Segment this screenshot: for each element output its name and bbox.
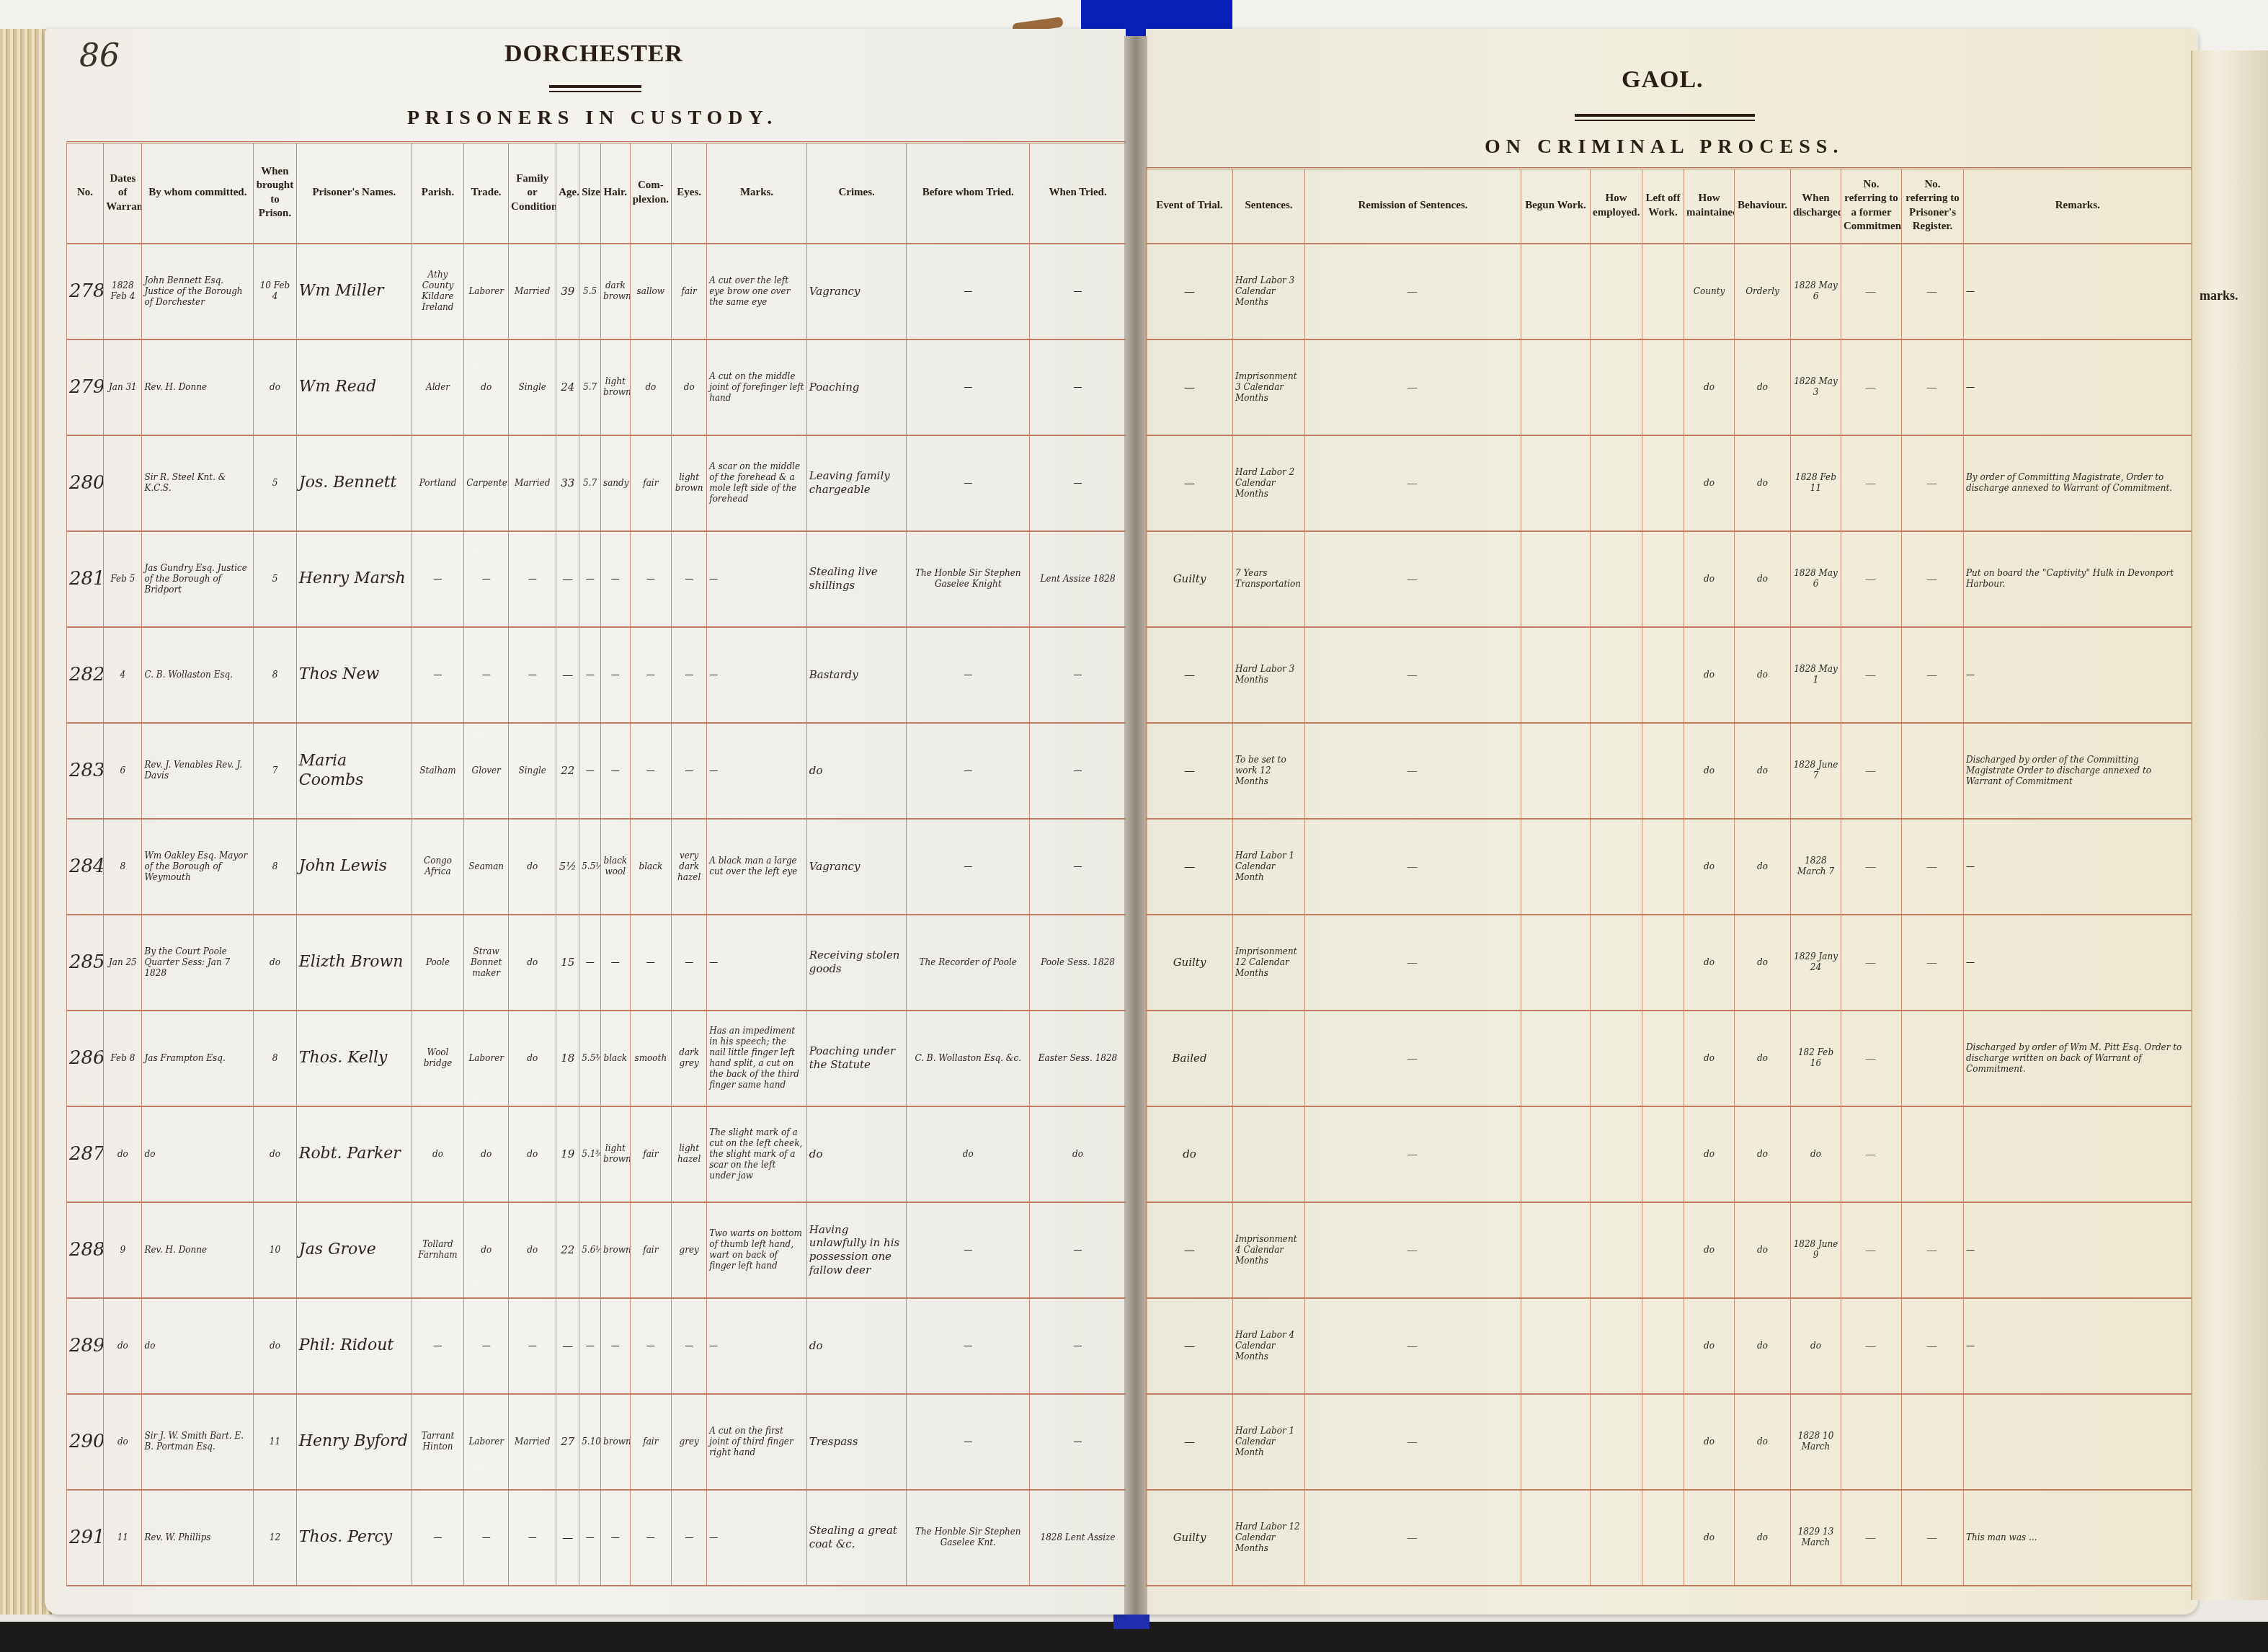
- right-table-row: —Imprisonment 4 Calendar Months—dodo1828…: [1147, 1202, 2192, 1298]
- cell-size: 5.7: [579, 435, 601, 531]
- cell-trade: —: [464, 531, 509, 627]
- cell-condition: —: [509, 627, 556, 723]
- cell-remission: —: [1305, 819, 1521, 915]
- cell-sentence: Hard Labor 1 Calendar Month: [1233, 819, 1305, 915]
- cell-age: —: [556, 1490, 579, 1586]
- cell-tried-by: The Honble Sir Stephen Gaselee Knt.: [907, 1490, 1030, 1586]
- cell-eyes: light brown: [672, 435, 707, 531]
- cell-remission: —: [1305, 339, 1521, 435]
- cell-begun: [1521, 819, 1591, 915]
- cell-when-tried: Lent Assize 1828: [1030, 531, 1126, 627]
- cell-remarks: —: [1964, 339, 2192, 435]
- right-table-row: GuiltyHard Labor 12 Calendar Months—dodo…: [1147, 1490, 2192, 1586]
- cell-name: John Lewis: [296, 819, 412, 915]
- cell-discharged: do: [1791, 1106, 1841, 1202]
- cell-left-off: [1642, 1202, 1684, 1298]
- cell-maintained: do: [1684, 915, 1735, 1011]
- cell-remarks: —: [1964, 244, 2192, 339]
- right-table-row: —Hard Labor 3 Calendar Months—CountyOrde…: [1147, 244, 2192, 339]
- cell-eyes: fair: [672, 244, 707, 339]
- cell-begun: [1521, 1011, 1591, 1106]
- cell-register: —: [1902, 1298, 1964, 1394]
- cell-when-tried: 1828 Lent Assize: [1030, 1490, 1126, 1586]
- cell-register: —: [1902, 244, 1964, 339]
- column-header-before-whom-tried: Before whom Tried.: [907, 143, 1030, 244]
- cell-employed: [1591, 1394, 1642, 1490]
- title-rule-left: [549, 85, 641, 88]
- column-header-when-brought-to-prison: When brought to Prison.: [254, 143, 297, 244]
- cell-marks: Two warts on bottom of thumb left hand, …: [707, 1202, 807, 1298]
- cell-maintained: do: [1684, 1490, 1735, 1586]
- cell-condition: Single: [509, 339, 556, 435]
- cell-name: Jas Grove: [296, 1202, 412, 1298]
- cell-brought: do: [254, 339, 297, 435]
- cell-left-off: [1642, 435, 1684, 531]
- cell-parish: —: [412, 1490, 464, 1586]
- cell-eyes: grey: [672, 1202, 707, 1298]
- column-header-by-whom-committed: By whom committed.: [142, 143, 254, 244]
- cell-begun: [1521, 915, 1591, 1011]
- cell-condition: Married: [509, 244, 556, 339]
- column-header-when-discharged: When discharged.: [1791, 169, 1841, 244]
- cell-hair: —: [601, 1298, 631, 1394]
- cell-tried-by: —: [907, 1298, 1030, 1394]
- cell-size: 5.5: [579, 244, 601, 339]
- cell-eyes: —: [672, 1490, 707, 1586]
- cell-age: 5½: [556, 819, 579, 915]
- cell-no: 287: [67, 1106, 104, 1202]
- cell-begun: [1521, 244, 1591, 339]
- cell-name: Wm Read: [296, 339, 412, 435]
- cell-discharged: 1828 June 9: [1791, 1202, 1841, 1298]
- cell-size: —: [579, 531, 601, 627]
- cell-hair: black wool: [601, 819, 631, 915]
- right-table-row: —Hard Labor 1 Calendar Month—dodo1828 Ma…: [1147, 819, 2192, 915]
- cell-parish: —: [412, 627, 464, 723]
- cell-left-off: [1642, 819, 1684, 915]
- next-page-edge: marks.: [2191, 50, 2268, 1600]
- cell-parish: Athy County Kildare Ireland: [412, 244, 464, 339]
- cell-maintained: do: [1684, 1011, 1735, 1106]
- cell-register: —: [1902, 627, 1964, 723]
- column-header-prisoner-s-names: Prisoner's Names.: [296, 143, 412, 244]
- cell-behaviour: do: [1735, 723, 1791, 819]
- cell-left-off: [1642, 627, 1684, 723]
- cell-event: —: [1147, 1394, 1233, 1490]
- cell-remarks: —: [1964, 915, 2192, 1011]
- cell-event: —: [1147, 1202, 1233, 1298]
- cell-committed: C. B. Wollaston Esq.: [142, 627, 254, 723]
- cell-left-off: [1642, 1011, 1684, 1106]
- cell-committed: John Bennett Esq. Justice of the Borough…: [142, 244, 254, 339]
- cell-sentence: Hard Labor 12 Calendar Months: [1233, 1490, 1305, 1586]
- cell-register: [1902, 1394, 1964, 1490]
- cell-left-off: [1642, 339, 1684, 435]
- cell-discharged: 1828 May 6: [1791, 531, 1841, 627]
- cell-begun: [1521, 339, 1591, 435]
- cell-remission: —: [1305, 1106, 1521, 1202]
- cell-tried-by: The Honble Sir Stephen Gaselee Knight: [907, 531, 1030, 627]
- column-header-no-referring-to-prisoner-s-register: No. referring to Prisoner's Register.: [1902, 169, 1964, 244]
- cell-marks: —: [707, 723, 807, 819]
- cell-maintained: do: [1684, 531, 1735, 627]
- cell-employed: [1591, 1011, 1642, 1106]
- cell-eyes: —: [672, 915, 707, 1011]
- cell-warrant: 4: [104, 627, 142, 723]
- cell-maintained: do: [1684, 1106, 1735, 1202]
- right-table-row: —Hard Labor 1 Calendar Month—dodo1828 10…: [1147, 1394, 2192, 1490]
- cell-when-tried: —: [1030, 723, 1126, 819]
- cell-discharged: do: [1791, 1298, 1841, 1394]
- cell-tried-by: —: [907, 627, 1030, 723]
- cell-complexion: fair: [630, 1394, 672, 1490]
- cell-eyes: —: [672, 531, 707, 627]
- cell-sentence: Hard Labor 2 Calendar Months: [1233, 435, 1305, 531]
- cell-sentence: [1233, 1106, 1305, 1202]
- cell-trade: Straw Bonnet maker: [464, 915, 509, 1011]
- cell-committed: Jas Gundry Esq. Justice of the Borough o…: [142, 531, 254, 627]
- left-table-row: 280Sir R. Steel Knt. & K.C.S.5Jos. Benne…: [67, 435, 1126, 531]
- cell-remission: —: [1305, 531, 1521, 627]
- cell-marks: A black man a large cut over the left ey…: [707, 819, 807, 915]
- cell-parish: Poole: [412, 915, 464, 1011]
- cell-behaviour: do: [1735, 339, 1791, 435]
- cell-parish: —: [412, 531, 464, 627]
- cell-tried-by: —: [907, 1394, 1030, 1490]
- cell-sentence: Hard Labor 3 Months: [1233, 627, 1305, 723]
- page-subtitle-left: PRISONERS IN CUSTODY.: [407, 107, 778, 130]
- cell-trade: do: [464, 339, 509, 435]
- cell-former: —: [1841, 915, 1902, 1011]
- cell-maintained: do: [1684, 1298, 1735, 1394]
- cell-sentence: Hard Labor 1 Calendar Month: [1233, 1394, 1305, 1490]
- cell-brought: 5: [254, 531, 297, 627]
- column-header-sentences: Sentences.: [1233, 169, 1305, 244]
- cell-hair: —: [601, 627, 631, 723]
- cell-age: 15: [556, 915, 579, 1011]
- cell-committed: Jas Frampton Esq.: [142, 1011, 254, 1106]
- cell-begun: [1521, 435, 1591, 531]
- cell-register: —: [1902, 531, 1964, 627]
- cell-name: Jos. Bennett: [296, 435, 412, 531]
- cell-tried-by: —: [907, 819, 1030, 915]
- cell-eyes: —: [672, 1298, 707, 1394]
- cell-complexion: fair: [630, 435, 672, 531]
- column-header-event-of-trial: Event of Trial.: [1147, 169, 1233, 244]
- cell-maintained: do: [1684, 627, 1735, 723]
- left-table-row: 2836Rev. J. Venables Rev. J. Davis7Maria…: [67, 723, 1126, 819]
- cell-crime: Having unlawfully in his possession one …: [806, 1202, 907, 1298]
- cell-parish: Portland: [412, 435, 464, 531]
- cell-no: 290: [67, 1394, 104, 1490]
- cell-brought: 8: [254, 627, 297, 723]
- cell-size: —: [579, 627, 601, 723]
- spillover-header: marks.: [2200, 288, 2238, 303]
- cell-no: 279: [67, 339, 104, 435]
- cell-no: 282: [67, 627, 104, 723]
- cell-former: —: [1841, 435, 1902, 531]
- cell-complexion: fair: [630, 1106, 672, 1202]
- cell-committed: Rev. J. Venables Rev. J. Davis: [142, 723, 254, 819]
- cell-remarks: This man was ...: [1964, 1490, 2192, 1586]
- cell-marks: —: [707, 627, 807, 723]
- left-table-row: 279Jan 31Rev. H. DonnedoWm ReadAlderdoSi…: [67, 339, 1126, 435]
- page-number: 86: [79, 37, 120, 74]
- cell-no: 289: [67, 1298, 104, 1394]
- cell-brought: do: [254, 915, 297, 1011]
- cell-register: —: [1902, 915, 1964, 1011]
- left-table-row: 286Feb 8Jas Frampton Esq.8Thos. KellyWoo…: [67, 1011, 1126, 1106]
- cell-condition: do: [509, 819, 556, 915]
- cell-event: —: [1147, 627, 1233, 723]
- cell-remarks: By order of Committing Magistrate, Order…: [1964, 435, 2192, 531]
- cell-marks: —: [707, 531, 807, 627]
- cell-no: 283: [67, 723, 104, 819]
- cell-age: 18: [556, 1011, 579, 1106]
- right-header-row: Event of Trial.Sentences.Remission of Se…: [1147, 169, 2192, 244]
- right-table-row: —To be set to work 12 Months—dodo1828 Ju…: [1147, 723, 2192, 819]
- page-subtitle-right: ON CRIMINAL PROCESS.: [1485, 136, 1844, 159]
- cell-eyes: light hazel: [672, 1106, 707, 1202]
- cell-register: [1902, 1011, 1964, 1106]
- cell-tried-by: The Recorder of Poole: [907, 915, 1030, 1011]
- cell-remarks: —: [1964, 1202, 2192, 1298]
- cell-age: 22: [556, 723, 579, 819]
- cell-complexion: black: [630, 819, 672, 915]
- cell-behaviour: Orderly: [1735, 244, 1791, 339]
- column-header-crimes: Crimes.: [806, 143, 907, 244]
- cell-hair: black: [601, 1011, 631, 1106]
- left-table-row: 2889Rev. H. Donne10Jas GroveTollard Farn…: [67, 1202, 1126, 1298]
- cell-warrant: do: [104, 1106, 142, 1202]
- cell-sentence: To be set to work 12 Months: [1233, 723, 1305, 819]
- cell-employed: [1591, 1106, 1642, 1202]
- left-table-row: 281Feb 5Jas Gundry Esq. Justice of the B…: [67, 531, 1126, 627]
- cell-condition: —: [509, 531, 556, 627]
- cell-warrant: 1828 Feb 4: [104, 244, 142, 339]
- cell-remission: —: [1305, 1011, 1521, 1106]
- cell-discharged: 1828 May 1: [1791, 627, 1841, 723]
- column-header-parish: Parish.: [412, 143, 464, 244]
- cell-size: 5.5½: [579, 819, 601, 915]
- cell-employed: [1591, 723, 1642, 819]
- cell-behaviour: do: [1735, 435, 1791, 531]
- cell-left-off: [1642, 1394, 1684, 1490]
- cell-tried-by: —: [907, 1202, 1030, 1298]
- left-table-row: 2848Wm Oakley Esq. Mayor of the Borough …: [67, 819, 1126, 915]
- left-table-row: 287dododoRobt. Parkerdododo195.1¾light b…: [67, 1106, 1126, 1202]
- cell-left-off: [1642, 1298, 1684, 1394]
- right-table-row: —Hard Labor 2 Calendar Months—dodo1828 F…: [1147, 435, 2192, 531]
- cell-no: 278: [67, 244, 104, 339]
- cell-trade: Laborer: [464, 1011, 509, 1106]
- cell-hair: light brown: [601, 339, 631, 435]
- cell-complexion: —: [630, 627, 672, 723]
- cell-left-off: [1642, 1106, 1684, 1202]
- cell-condition: —: [509, 1298, 556, 1394]
- cell-register: —: [1902, 1490, 1964, 1586]
- cell-condition: do: [509, 1202, 556, 1298]
- cell-trade: do: [464, 1106, 509, 1202]
- cell-former: —: [1841, 1106, 1902, 1202]
- cell-hair: brown: [601, 1394, 631, 1490]
- cell-behaviour: do: [1735, 819, 1791, 915]
- cell-left-off: [1642, 1490, 1684, 1586]
- cell-size: 5.1¾: [579, 1106, 601, 1202]
- cell-trade: Seaman: [464, 819, 509, 915]
- cell-remarks: —: [1964, 627, 2192, 723]
- cell-warrant: 11: [104, 1490, 142, 1586]
- column-header-dates-of-warrants: Dates of Warrants.: [104, 143, 142, 244]
- right-table-row: —Hard Labor 3 Months—dodo1828 May 1———: [1147, 627, 2192, 723]
- right-table-row: GuiltyImprisonment 12 Calendar Months—do…: [1147, 915, 2192, 1011]
- cell-employed: [1591, 339, 1642, 435]
- cell-discharged: 1828 10 March: [1791, 1394, 1841, 1490]
- cell-name: Wm Miller: [296, 244, 412, 339]
- cell-crime: Stealing live shillings: [806, 531, 907, 627]
- cell-size: —: [579, 1490, 601, 1586]
- cell-remarks: [1964, 1106, 2192, 1202]
- cell-committed: do: [142, 1106, 254, 1202]
- cell-tried-by: —: [907, 435, 1030, 531]
- cell-remarks: Discharged by order of Wm M. Pitt Esq. O…: [1964, 1011, 2192, 1106]
- cell-employed: [1591, 244, 1642, 339]
- cell-when-tried: do: [1030, 1106, 1126, 1202]
- column-header-when-tried: When Tried.: [1030, 143, 1126, 244]
- cell-remission: —: [1305, 244, 1521, 339]
- cell-register: [1902, 723, 1964, 819]
- cell-committed: Rev. W. Phillips: [142, 1490, 254, 1586]
- cell-brought: do: [254, 1106, 297, 1202]
- cell-hair: brown: [601, 1202, 631, 1298]
- left-register-table: No.Dates of Warrants.By whom committed.W…: [66, 141, 1126, 1586]
- column-header-left-off-work: Left off Work.: [1642, 169, 1684, 244]
- cell-warrant: Jan 31: [104, 339, 142, 435]
- cell-remission: —: [1305, 1202, 1521, 1298]
- cell-former: —: [1841, 1490, 1902, 1586]
- cell-marks: —: [707, 915, 807, 1011]
- cell-employed: [1591, 1490, 1642, 1586]
- cell-behaviour: do: [1735, 627, 1791, 723]
- cell-remission: —: [1305, 627, 1521, 723]
- cell-event: —: [1147, 1298, 1233, 1394]
- cell-marks: Has an impediment in his speech; the nai…: [707, 1011, 807, 1106]
- cell-size: 5.6½: [579, 1202, 601, 1298]
- cell-warrant: 6: [104, 723, 142, 819]
- column-header-how-maintained: How maintained: [1684, 169, 1735, 244]
- cell-when-tried: —: [1030, 244, 1126, 339]
- cell-remission: —: [1305, 435, 1521, 531]
- cell-event: —: [1147, 435, 1233, 531]
- cell-parish: Stalham: [412, 723, 464, 819]
- cell-left-off: [1642, 531, 1684, 627]
- cell-left-off: [1642, 915, 1684, 1011]
- cell-employed: [1591, 1202, 1642, 1298]
- cell-complexion: smooth: [630, 1011, 672, 1106]
- left-table-row: 2824C. B. Wollaston Esq.8Thos New———————…: [67, 627, 1126, 723]
- book-gutter: [1124, 36, 1147, 1615]
- cell-size: 5.10: [579, 1394, 601, 1490]
- cell-warrant: do: [104, 1394, 142, 1490]
- cell-register: —: [1902, 339, 1964, 435]
- cell-eyes: —: [672, 627, 707, 723]
- cell-when-tried: Poole Sess. 1828: [1030, 915, 1126, 1011]
- cell-former: —: [1841, 627, 1902, 723]
- cell-committed: Wm Oakley Esq. Mayor of the Borough of W…: [142, 819, 254, 915]
- column-header-marks: Marks.: [707, 143, 807, 244]
- cell-crime: Stealing a great coat &c.: [806, 1490, 907, 1586]
- cell-age: —: [556, 627, 579, 723]
- cell-event: Guilty: [1147, 531, 1233, 627]
- cell-remission: —: [1305, 723, 1521, 819]
- cell-when-tried: —: [1030, 1298, 1126, 1394]
- cell-committed: Rev. H. Donne: [142, 339, 254, 435]
- cell-former: —: [1841, 244, 1902, 339]
- cell-age: 39: [556, 244, 579, 339]
- cell-condition: do: [509, 915, 556, 1011]
- cell-employed: [1591, 915, 1642, 1011]
- cell-hair: dark brown: [601, 244, 631, 339]
- cell-maintained: do: [1684, 819, 1735, 915]
- cell-tried-by: C. B. Wollaston Esq. &c.: [907, 1011, 1030, 1106]
- cell-begun: [1521, 627, 1591, 723]
- cell-complexion: fair: [630, 1202, 672, 1298]
- cell-crime: do: [806, 1298, 907, 1394]
- cell-name: Maria Coombs: [296, 723, 412, 819]
- cell-crime: Bastardy: [806, 627, 907, 723]
- cell-crime: Poaching: [806, 339, 907, 435]
- cell-behaviour: do: [1735, 1490, 1791, 1586]
- cell-former: —: [1841, 1202, 1902, 1298]
- column-header-begun-work: Begun Work.: [1521, 169, 1591, 244]
- cell-behaviour: do: [1735, 1202, 1791, 1298]
- cell-behaviour: do: [1735, 531, 1791, 627]
- cell-marks: A cut on the middle joint of forefinger …: [707, 339, 807, 435]
- cell-register: [1902, 1106, 1964, 1202]
- left-table-row: 2781828 Feb 4John Bennett Esq. Justice o…: [67, 244, 1126, 339]
- cell-warrant: Feb 8: [104, 1011, 142, 1106]
- cell-behaviour: do: [1735, 915, 1791, 1011]
- cell-event: —: [1147, 339, 1233, 435]
- cell-parish: —: [412, 1298, 464, 1394]
- cell-complexion: do: [630, 339, 672, 435]
- cell-discharged: 1828 May 6: [1791, 244, 1841, 339]
- cell-parish: Wool bridge: [412, 1011, 464, 1106]
- cell-hair: —: [601, 915, 631, 1011]
- cell-maintained: do: [1684, 339, 1735, 435]
- cell-maintained: County: [1684, 244, 1735, 339]
- cell-condition: Married: [509, 1394, 556, 1490]
- cell-remarks: [1964, 1394, 2192, 1490]
- cell-sentence: Hard Labor 3 Calendar Months: [1233, 244, 1305, 339]
- column-header-family-or-condition: Family or Condition.: [509, 143, 556, 244]
- cell-left-off: [1642, 244, 1684, 339]
- cell-condition: Single: [509, 723, 556, 819]
- cell-size: —: [579, 1298, 601, 1394]
- column-header-eyes: Eyes.: [672, 143, 707, 244]
- cell-no: 281: [67, 531, 104, 627]
- cell-crime: Receiving stolen goods: [806, 915, 907, 1011]
- cell-hair: —: [601, 723, 631, 819]
- column-header-remarks: Remarks.: [1964, 169, 2192, 244]
- cell-parish: Congo Africa: [412, 819, 464, 915]
- cell-condition: do: [509, 1106, 556, 1202]
- cell-trade: Laborer: [464, 1394, 509, 1490]
- column-header-no: No.: [67, 143, 104, 244]
- cell-eyes: —: [672, 723, 707, 819]
- page-title-left: DORCHESTER: [504, 40, 683, 68]
- cell-begun: [1521, 1394, 1591, 1490]
